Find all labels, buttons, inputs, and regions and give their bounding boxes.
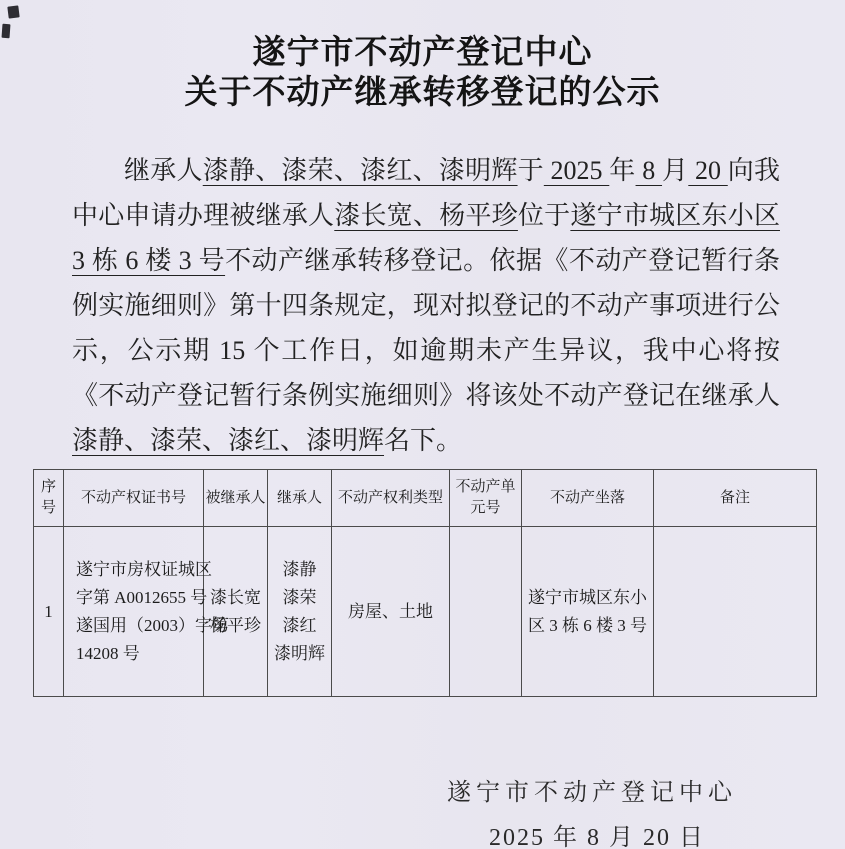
column-header-decedent: 被继承人 bbox=[204, 470, 268, 527]
cell-heirs: 漆静漆荣漆红漆明辉 bbox=[268, 527, 332, 697]
cell-seq-no: 1 bbox=[34, 527, 64, 697]
title-line-2: 关于不动产继承转移登记的公示 bbox=[0, 72, 845, 112]
column-header-cert-no: 不动产权证书号 bbox=[64, 470, 204, 527]
scan-artifact-mark bbox=[7, 5, 19, 18]
footer-org-name: 遂宁市不动产登记中心 bbox=[447, 772, 737, 807]
notice-paragraph: 继承人漆静、漆荣、漆红、漆明辉于 2025 年 8 月 20 向我中心申请办理被… bbox=[72, 148, 780, 463]
scan-artifact-mark bbox=[2, 24, 11, 39]
table-row: 1 遂宁市房权证城区字第 A0012655 号遂国用（2003）字第14208 … bbox=[34, 527, 817, 697]
column-header-heir: 继承人 bbox=[268, 470, 332, 527]
column-header-seq-no: 序号 bbox=[34, 470, 64, 527]
table-header-row: 序号 不动产权证书号 被继承人 继承人 不动产权利类型 不动产单元号 不动产坐落… bbox=[34, 470, 817, 527]
cell-decedents: 漆长宽杨平珍 bbox=[204, 527, 268, 697]
page-title: 遂宁市不动产登记中心 关于不动产继承转移登记的公示 bbox=[0, 0, 845, 112]
document-page: 遂宁市不动产登记中心 关于不动产继承转移登记的公示 继承人漆静、漆荣、漆红、漆明… bbox=[0, 0, 845, 849]
cell-cert-no: 遂宁市房权证城区字第 A0012655 号遂国用（2003）字第14208 号 bbox=[64, 527, 204, 697]
column-header-remarks: 备注 bbox=[654, 470, 817, 527]
column-header-right-type: 不动产权利类型 bbox=[332, 470, 450, 527]
cell-unit-no bbox=[450, 527, 522, 697]
cell-location: 遂宁市城区东小区 3 栋 6 楼 3 号 bbox=[522, 527, 654, 697]
document-footer: 遂宁市不动产登记中心 2025 年 8 月 20 日 bbox=[447, 772, 737, 849]
registry-table: 序号 不动产权证书号 被继承人 继承人 不动产权利类型 不动产单元号 不动产坐落… bbox=[33, 469, 817, 697]
cell-right-type: 房屋、土地 bbox=[332, 527, 450, 697]
column-header-location: 不动产坐落 bbox=[522, 470, 654, 527]
cell-remarks bbox=[654, 527, 817, 697]
column-header-unit-no: 不动产单元号 bbox=[450, 470, 522, 527]
footer-date: 2025 年 8 月 20 日 bbox=[489, 817, 737, 849]
title-line-1: 遂宁市不动产登记中心 bbox=[0, 32, 845, 72]
